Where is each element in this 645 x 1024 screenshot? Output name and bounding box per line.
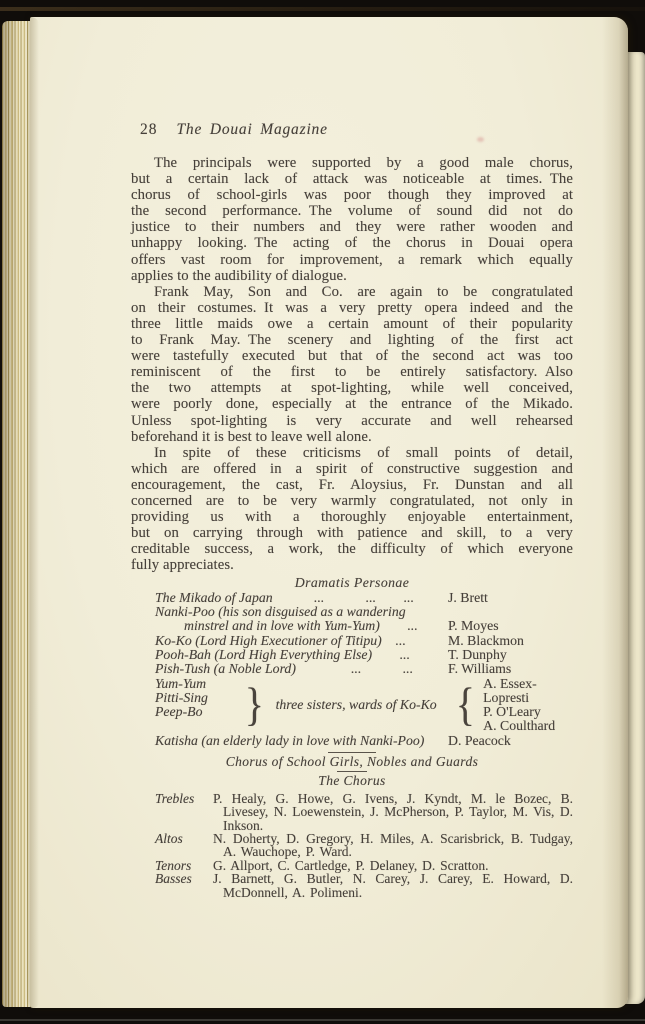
text-line: which are offered in a spirit of constru…	[131, 461, 573, 477]
chorus-subheading: The Chorus	[131, 774, 573, 787]
right-brace: }	[245, 684, 264, 726]
text-line: reminiscent of the first to be entirely …	[131, 364, 573, 380]
voice-names: P. Healy, G. Howe, G. Ivens, J. Kyndt, M…	[213, 792, 573, 832]
text-line: fully appreciates.	[131, 557, 573, 573]
cast-role: Pooh-Bah (Lord High Everything Else) ...	[155, 648, 448, 662]
three-sisters-group: Yum-Yum Pitti-Sing Peep-Bo } three siste…	[155, 677, 573, 734]
paragraph-1: The principals were supported by a good …	[131, 155, 573, 284]
cast-row-nanki-poo: Nanki-Poo (his son disguised as a wander…	[155, 605, 573, 619]
cast-actor: D. Peacock	[448, 734, 511, 748]
cast-role: Pish-Tush (a Noble Lord) ... ...	[155, 662, 448, 676]
cover-top-edge	[0, 7, 645, 11]
text-line: creditable success, a work, the difficul…	[131, 541, 573, 557]
voice-label: Trebles	[155, 792, 213, 832]
text-line: were tastefully executed but that of the…	[131, 348, 573, 364]
text-line: but a certain lack of attack was noticea…	[131, 171, 573, 187]
text-line: three little maids owe a certain amount …	[131, 316, 573, 332]
book-photo: 28 The Douai Magazine The principals wer…	[0, 0, 645, 1024]
sister-role: Peep-Bo	[155, 705, 243, 719]
voice-label: Basses	[155, 872, 213, 899]
cast-actor: P. Moyes	[448, 619, 499, 633]
text-line: In spite of these criticisms of small po…	[131, 445, 573, 461]
paragraph-3: In spite of these criticisms of small po…	[131, 445, 573, 574]
text-line: justice to their numbers and they were r…	[131, 219, 573, 235]
text-line: the second performance. The volume of so…	[131, 203, 573, 219]
cast-row-pooh-bah: Pooh-Bah (Lord High Everything Else) ...…	[155, 648, 573, 662]
chorus-list: Trebles P. Healy, G. Howe, G. Ivens, J. …	[155, 792, 573, 899]
voice-names: G. Allport, C. Cartledge, P. Delaney, D.…	[213, 859, 573, 872]
sister-role: Pitti-Sing	[155, 691, 243, 705]
text-line: applies to the audibility of dialogue.	[131, 268, 573, 284]
paragraph-2: Frank May, Son and Co. are again to be c…	[131, 284, 573, 445]
cast-actor: J. Brett	[448, 591, 488, 605]
cast-role: The Mikado of Japan ... ... ...	[155, 591, 448, 605]
page-number: 28	[140, 121, 158, 139]
text-line: to Frank May. The scenery and lighting o…	[131, 332, 573, 348]
chorus-section: Chorus of School Girls, Nobles and Guard…	[131, 752, 573, 899]
chorus-row-basses: Basses J. Barnett, G. Butler, N. Carey, …	[155, 872, 573, 899]
text-line: were poorly done, especially at the entr…	[131, 396, 573, 412]
voice-label: Tenors	[155, 859, 213, 872]
sister-actor: A. Essex-Lopresti	[483, 677, 573, 706]
sister-actor: A. Coulthard	[483, 719, 573, 733]
chorus-heading: Chorus of School Girls, Nobles and Guard…	[131, 755, 573, 768]
sisters-description: three sisters, wards of Ko-Ko	[266, 698, 454, 712]
chorus-row-trebles: Trebles P. Healy, G. Howe, G. Ivens, J. …	[155, 792, 573, 832]
page-edge-stack	[2, 21, 32, 1007]
voice-names: N. Doherty, D. Gregory, H. Miles, A. Sca…	[213, 832, 573, 859]
cast-role: minstrel and in love with Yum-Yum) ...	[155, 619, 448, 633]
text-line: Frank May, Son and Co. are again to be c…	[131, 284, 573, 300]
text-line: chorus of school-girls was poor though t…	[131, 187, 573, 203]
sister-actors: A. Essex-Lopresti P. O'Leary A. Coulthar…	[476, 677, 573, 734]
cast-role: Nanki-Poo (his son disguised as a wander…	[155, 605, 448, 619]
separator-rule	[328, 752, 376, 753]
page-content: 28 The Douai Magazine The principals wer…	[131, 121, 573, 899]
text-line: encouragement, the cast, Fr. Aloysius, F…	[131, 477, 573, 493]
cast-actor: F. Williams	[448, 662, 511, 676]
text-line: Unless spot-lighting is very accurate an…	[131, 413, 573, 429]
text-line: on their costumes. It was a very pretty …	[131, 300, 573, 316]
text-line: the two attempts at spot-lighting, while…	[131, 380, 573, 396]
left-brace: {	[455, 684, 474, 726]
sister-roles: Yum-Yum Pitti-Sing Peep-Bo	[155, 677, 243, 734]
separator-rule	[337, 771, 367, 772]
cast-list: The Mikado of Japan ... ... ... J. Brett…	[155, 591, 573, 748]
cast-row-nanki-poo-cont: minstrel and in love with Yum-Yum) ... P…	[155, 619, 573, 633]
cast-role: Ko-Ko (Lord High Executioner of Titipu) …	[155, 634, 448, 648]
chorus-row-tenors: Tenors G. Allport, C. Cartledge, P. Dela…	[155, 859, 573, 872]
dramatis-personae: Dramatis Personae The Mikado of Japan ..…	[131, 576, 573, 748]
cast-actor: T. Dunphy	[448, 648, 507, 662]
cover-bottom-edge	[0, 1019, 645, 1021]
cast-row-mikado: The Mikado of Japan ... ... ... J. Brett	[155, 591, 573, 605]
text-line: offers vast room for improvement, a rema…	[131, 252, 573, 268]
text-line: unhappy looking. The acting of the choru…	[131, 235, 573, 251]
voice-label: Altos	[155, 832, 213, 859]
cast-role: Katisha (an elderly lady in love with Na…	[155, 734, 448, 748]
cast-actor: M. Blackmon	[448, 634, 524, 648]
cast-row-ko-ko: Ko-Ko (Lord High Executioner of Titipu) …	[155, 634, 573, 648]
text-line: providing us with a thoroughly enjoyable…	[131, 509, 573, 525]
running-header: 28 The Douai Magazine	[131, 121, 573, 141]
text-line: concerned are to be very warmly congratu…	[131, 493, 573, 509]
text-line: but on carrying through with patience an…	[131, 525, 573, 541]
sister-actor: P. O'Leary	[483, 705, 573, 719]
text-line: The principals were supported by a good …	[131, 155, 573, 171]
sister-role: Yum-Yum	[155, 677, 243, 691]
cast-heading: Dramatis Personae	[131, 576, 573, 590]
text-line: beforehand it is best to leave well alon…	[131, 429, 573, 445]
cast-row-katisha: Katisha (an elderly lady in love with Na…	[155, 734, 573, 748]
magazine-title: The Douai Magazine	[177, 121, 328, 139]
voice-names: J. Barnett, G. Butler, N. Carey, J. Care…	[213, 872, 573, 899]
chorus-row-altos: Altos N. Doherty, D. Gregory, H. Miles, …	[155, 832, 573, 859]
cast-row-pish-tush: Pish-Tush (a Noble Lord) ... ... F. Will…	[155, 662, 573, 676]
book-page: 28 The Douai Magazine The principals wer…	[30, 17, 628, 1008]
